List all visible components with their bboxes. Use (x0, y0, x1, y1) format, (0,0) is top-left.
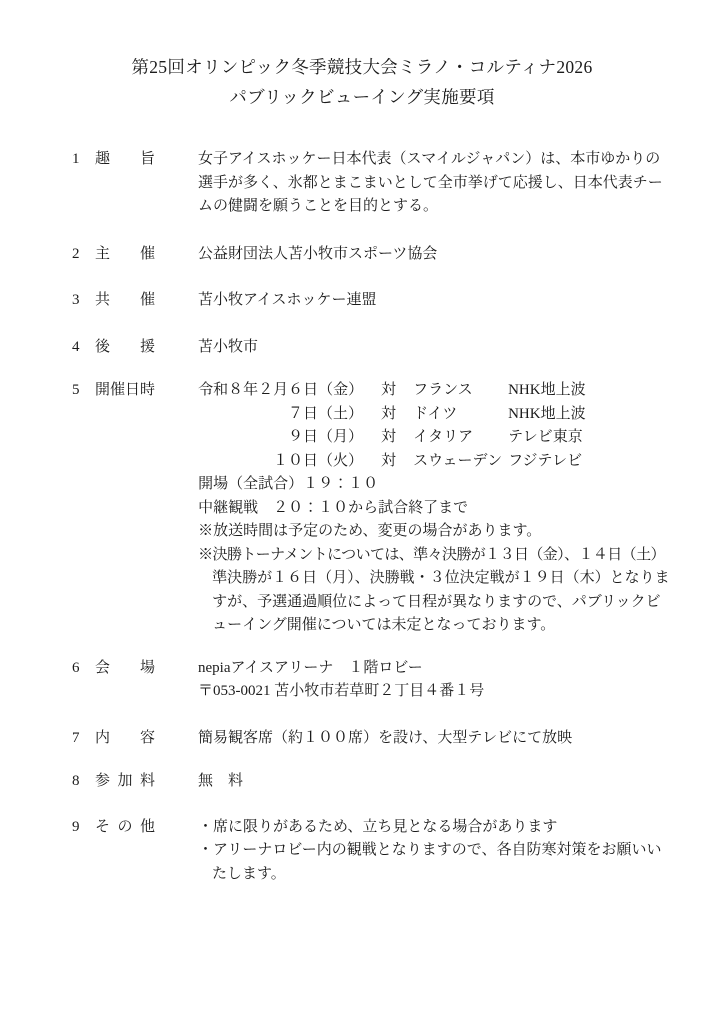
section-number: 1 (72, 148, 95, 172)
label-char: 援 (140, 336, 155, 360)
schedule-row: 令和８年２月６日（金） 対 フランス NHK地上波 (198, 379, 670, 403)
broadcaster: フジテレビ (508, 450, 582, 474)
title-line-1: 第25回オリンピック冬季競技大会ミラノ・コルティナ2026 (0, 52, 724, 82)
match-date: １０日（火） (198, 450, 363, 474)
label-char: 加 (117, 770, 132, 794)
label-char: 会 (95, 657, 110, 681)
section-content: 簡易観客席（約１００席）を設け、大型テレビにて放映 (198, 727, 572, 751)
text-line: 簡易観客席（約１００席）を設け、大型テレビにて放映 (198, 727, 572, 751)
schedule-row: １０日（火） 対 スウェーデン フジテレビ (198, 450, 670, 474)
bullet-note: ・席に限りがあるため、立ち見となる場合があります (198, 816, 662, 840)
match-date: ７日（土） (198, 403, 363, 427)
label-char: の (117, 816, 132, 840)
label-char: 催 (140, 289, 155, 313)
label-char: そ (95, 816, 110, 840)
vs-label: 対 (381, 403, 396, 427)
document-title: 第25回オリンピック冬季競技大会ミラノ・コルティナ2026 パブリックビューイン… (0, 0, 724, 112)
text-line: ムの健闘を願うことを目的とする。 (198, 195, 663, 219)
section-content: 女子アイスホッケー日本代表（スマイルジャパン）は、本市ゆかりの 選手が多く、氷都… (198, 148, 663, 219)
section-co-organizer: 3 共 催 苫小牧アイスホッケー連盟 (0, 289, 724, 313)
text-line: 選手が多く、氷都とまこまいとして全市挙げて応援し、日本代表チー (198, 172, 663, 196)
vs-label: 対 (381, 426, 396, 450)
section-venue: 6 会 場 nepiaアイスアリーナ １階ロビー 〒053-0021 苫小牧市若… (0, 657, 724, 704)
text-line: 女子アイスホッケー日本代表（スマイルジャパン）は、本市ゆかりの (198, 148, 663, 172)
section-other: 9 そ の 他 ・席に限りがあるため、立ち見となる場合があります ・アリーナロビ… (0, 816, 724, 887)
section-number: 4 (72, 336, 95, 360)
label-char: 内 (95, 727, 110, 751)
section-label: そ の 他 (95, 816, 155, 840)
schedule-disclaimer: ※放送時間は予定のため、変更の場合があります。 (198, 520, 670, 544)
section-number: 3 (72, 289, 95, 313)
section-number: 5 (72, 379, 95, 403)
section-content: 無 料 (198, 770, 243, 794)
label-char: 日 (125, 379, 140, 403)
label-char: 場 (140, 657, 155, 681)
match-date: ９日（月） (198, 426, 363, 450)
bullet-note-continued: たします。 (198, 863, 662, 887)
broadcaster: NHK地上波 (508, 403, 586, 427)
label-char: 容 (140, 727, 155, 751)
section-date-time: 5 開 催 日 時 令和８年２月６日（金） 対 フランス NHK地上波 ７日（土… (0, 379, 724, 638)
label-char: 時 (140, 379, 155, 403)
section-content: ・席に限りがあるため、立ち見となる場合があります ・アリーナロビー内の観戦となり… (198, 816, 662, 887)
broadcast-viewing-note: 中継観戦 ２０：１０から試合終了まで (198, 497, 670, 521)
title-line-2: パブリックビューイング実施要項 (0, 82, 724, 112)
match-date: 令和８年２月６日（金） (198, 379, 363, 403)
section-fee: 8 参 加 料 無 料 (0, 770, 724, 794)
schedule-row: ９日（月） 対 イタリア テレビ東京 (198, 426, 670, 450)
document-page: 第25回オリンピック冬季競技大会ミラノ・コルティナ2026 パブリックビューイン… (0, 0, 724, 1024)
text-line: 苫小牧市 (198, 336, 258, 360)
section-label: 主 催 (95, 243, 155, 267)
vs-label: 対 (381, 379, 396, 403)
section-organizer: 2 主 催 公益財団法人苫小牧市スポーツ協会 (0, 243, 724, 267)
label-char: 催 (140, 243, 155, 267)
label-char: 趣 (95, 148, 110, 172)
section-number: 8 (72, 770, 95, 794)
section-details: 7 内 容 簡易観客席（約１００席）を設け、大型テレビにて放映 (0, 727, 724, 751)
label-char: 開 (95, 379, 110, 403)
broadcaster: テレビ東京 (508, 426, 583, 450)
section-content: 公益財団法人苫小牧市スポーツ協会 (198, 243, 437, 267)
vs-label: 対 (381, 450, 396, 474)
section-content: 苫小牧アイスホッケー連盟 (198, 289, 377, 313)
opponent: イタリア (413, 426, 508, 450)
section-number: 7 (72, 727, 95, 751)
text-line: 公益財団法人苫小牧市スポーツ協会 (198, 243, 437, 267)
section-label: 後 援 (95, 336, 155, 360)
section-label: 共 催 (95, 289, 155, 313)
doors-open-note: 開場（全試合）１９：１０ (198, 473, 670, 497)
section-content: 苫小牧市 (198, 336, 258, 360)
text-line: 苫小牧アイスホッケー連盟 (198, 289, 377, 313)
tournament-note: ューイング開催については未定となっております。 (198, 614, 670, 638)
section-support: 4 後 援 苫小牧市 (0, 336, 724, 360)
label-char: 主 (95, 243, 110, 267)
tournament-note: 準決勝が１６日（月）、決勝戦・３位決定戦が１９日（木）となりま (198, 567, 670, 591)
label-char: 共 (95, 289, 110, 313)
section-content: nepiaアイスアリーナ １階ロビー 〒053-0021 苫小牧市若草町２丁目４… (198, 657, 484, 704)
schedule-row: ７日（土） 対 ドイツ NHK地上波 (198, 403, 670, 427)
section-label: 内 容 (95, 727, 155, 751)
section-label: 開 催 日 時 (95, 379, 155, 403)
section-number: 2 (72, 243, 95, 267)
label-char: 参 (95, 770, 110, 794)
opponent: ドイツ (413, 403, 508, 427)
section-label: 会 場 (95, 657, 155, 681)
venue-name: nepiaアイスアリーナ １階ロビー (198, 657, 484, 681)
opponent: スウェーデン (413, 450, 508, 474)
fee-value: 無 料 (198, 770, 243, 794)
label-char: 旨 (140, 148, 155, 172)
label-char: 料 (140, 770, 155, 794)
section-content: 令和８年２月６日（金） 対 フランス NHK地上波 ７日（土） 対 ドイツ NH… (198, 379, 670, 638)
label-char: 他 (140, 816, 155, 840)
section-number: 6 (72, 657, 95, 681)
broadcaster: NHK地上波 (508, 379, 586, 403)
section-label: 参 加 料 (95, 770, 155, 794)
venue-address: 〒053-0021 苫小牧市若草町２丁目４番１号 (198, 680, 484, 704)
opponent: フランス (413, 379, 508, 403)
section-number: 9 (72, 816, 95, 840)
label-char: 催 (110, 379, 125, 403)
bullet-note: ・アリーナロビー内の観戦となりますので、各自防寒対策をお願いい (198, 839, 662, 863)
section-purpose: 1 趣 旨 女子アイスホッケー日本代表（スマイルジャパン）は、本市ゆかりの 選手… (0, 148, 724, 219)
section-label: 趣 旨 (95, 148, 155, 172)
tournament-note: ※決勝トーナメントについては、準々決勝が１３日（金）、１４日（土） (198, 544, 670, 568)
tournament-note: すが、予選通過順位によって日程が異なりますので、パブリックビ (198, 591, 670, 615)
label-char: 後 (95, 336, 110, 360)
